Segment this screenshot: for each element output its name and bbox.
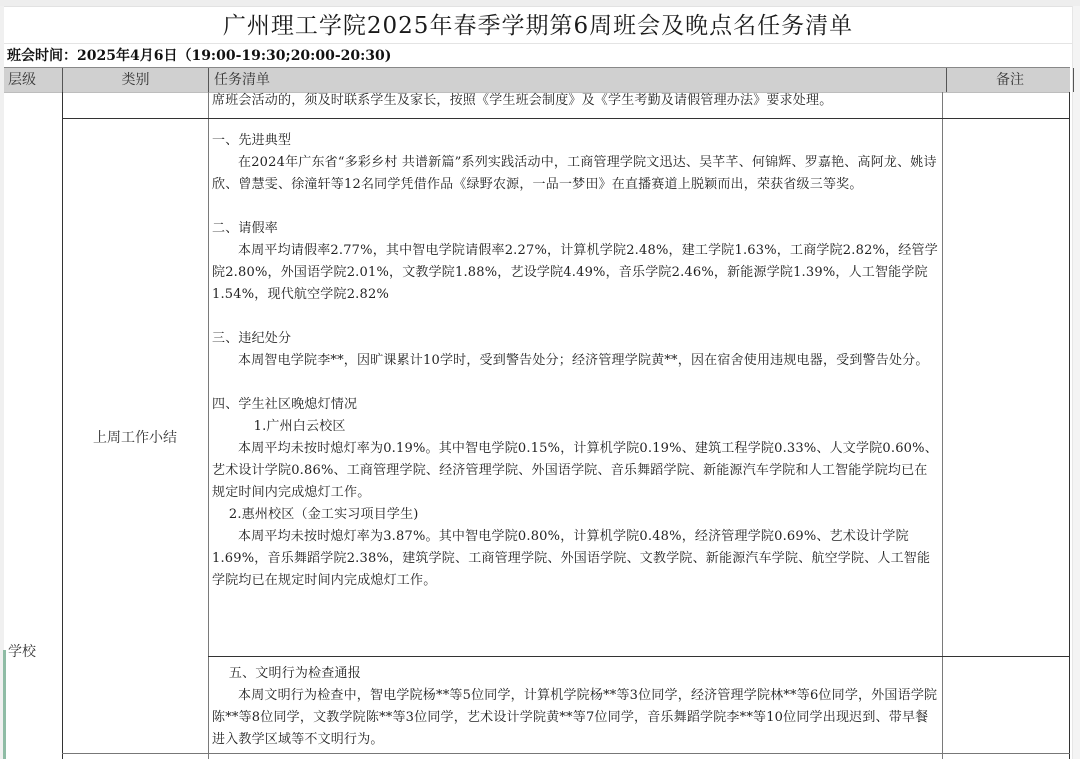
section-1-title: 一、先进典型 (212, 130, 940, 152)
grid-line-v-right (1069, 92, 1070, 759)
header-level[interactable]: 层级 (4, 68, 62, 92)
task-cell-row-1[interactable]: 一、先进典型 在2024年广东省“多彩乡村 共谱新篇”系列实践活动中，工商管理学… (212, 130, 940, 592)
section-4-campus2-body: 本周平均未按时熄灯率为3.87%。其中智电学院0.80%，计算机学院0.48%，… (212, 526, 940, 592)
grid-line-h-row1 (62, 118, 1070, 119)
meeting-time: 班会时间：2025年4月6日（19:00-19:30;20:00-20:30) (7, 45, 391, 67)
section-4-campus2-title: 2.惠州校区（金工实习项目学生) (212, 504, 940, 526)
section-4-title: 四、学生社区晚熄灯情况 (212, 394, 940, 416)
remarks-cell-row-0[interactable] (943, 92, 1069, 118)
right-scroll-gutter[interactable] (1072, 6, 1080, 759)
grid-line-h-row2 (208, 656, 1070, 657)
grid-line-v-category (62, 92, 63, 759)
task-cell-row-2[interactable]: 五、文明行为检查通报 本周文明行为检查中，智电学院杨**等5位同学，计算机学院杨… (212, 663, 940, 751)
meeting-time-label: 班会时间： (7, 48, 77, 64)
category-cell-last-week-summary[interactable]: 上周工作小结 (62, 427, 208, 447)
document-title: 广州理工学院2025年春季学期第6周班会及晚点名任务清单 (4, 7, 1072, 44)
remarks-cell-row-1[interactable] (943, 119, 1069, 656)
row-selection-marker (3, 650, 6, 759)
header-tasks[interactable]: 任务清单 (208, 68, 946, 92)
window-top-strip (0, 0, 1080, 7)
remarks-cell-row-2[interactable] (943, 657, 1069, 753)
header-category[interactable]: 类别 (62, 68, 208, 92)
meeting-time-value: 2025年4月6日（19:00-19:30;20:00-20:30) (77, 48, 391, 64)
level-cell[interactable]: 学校 (8, 641, 36, 661)
task-cell-row-0[interactable]: 席班会活动的，须及时联系学生及家长，按照《学生班会制度》及《学生考勤及请假管理办… (212, 90, 940, 112)
header-remarks[interactable]: 备注 (946, 68, 1074, 92)
section-5-body: 本周文明行为检查中，智电学院杨**等5位同学，计算机学院杨**等3位同学，经济管… (212, 685, 940, 751)
section-4-campus1-title: 1.广州白云校区 (212, 416, 940, 438)
section-5-title: 五、文明行为检查通报 (212, 663, 940, 685)
section-1-body: 在2024年广东省“多彩乡村 共谱新篇”系列实践活动中，工商管理学院文迅达、吴芊… (212, 152, 940, 196)
row0-text: 席班会活动的，须及时联系学生及家长，按照《学生班会制度》及《学生考勤及请假管理办… (212, 90, 940, 112)
section-4-campus1-body: 本周平均未按时熄灯率为0.19%。其中智电学院0.15%，计算机学院0.19%、… (212, 438, 940, 504)
grid-line-v-tasks (208, 92, 209, 759)
section-3-title: 三、违纪处分 (212, 328, 940, 350)
section-3-body: 本周智电学院李**，因旷课累计10学时，受到警告处分；经济管理学院黄**，因在宿… (212, 350, 940, 372)
section-2-body: 本周平均请假率2.77%，其中智电学院请假率2.27%，计算机学院2.48%，建… (212, 240, 940, 306)
section-2-title: 二、请假率 (212, 218, 940, 240)
grid-line-h-row3 (62, 753, 1070, 754)
left-gutter (0, 6, 4, 759)
